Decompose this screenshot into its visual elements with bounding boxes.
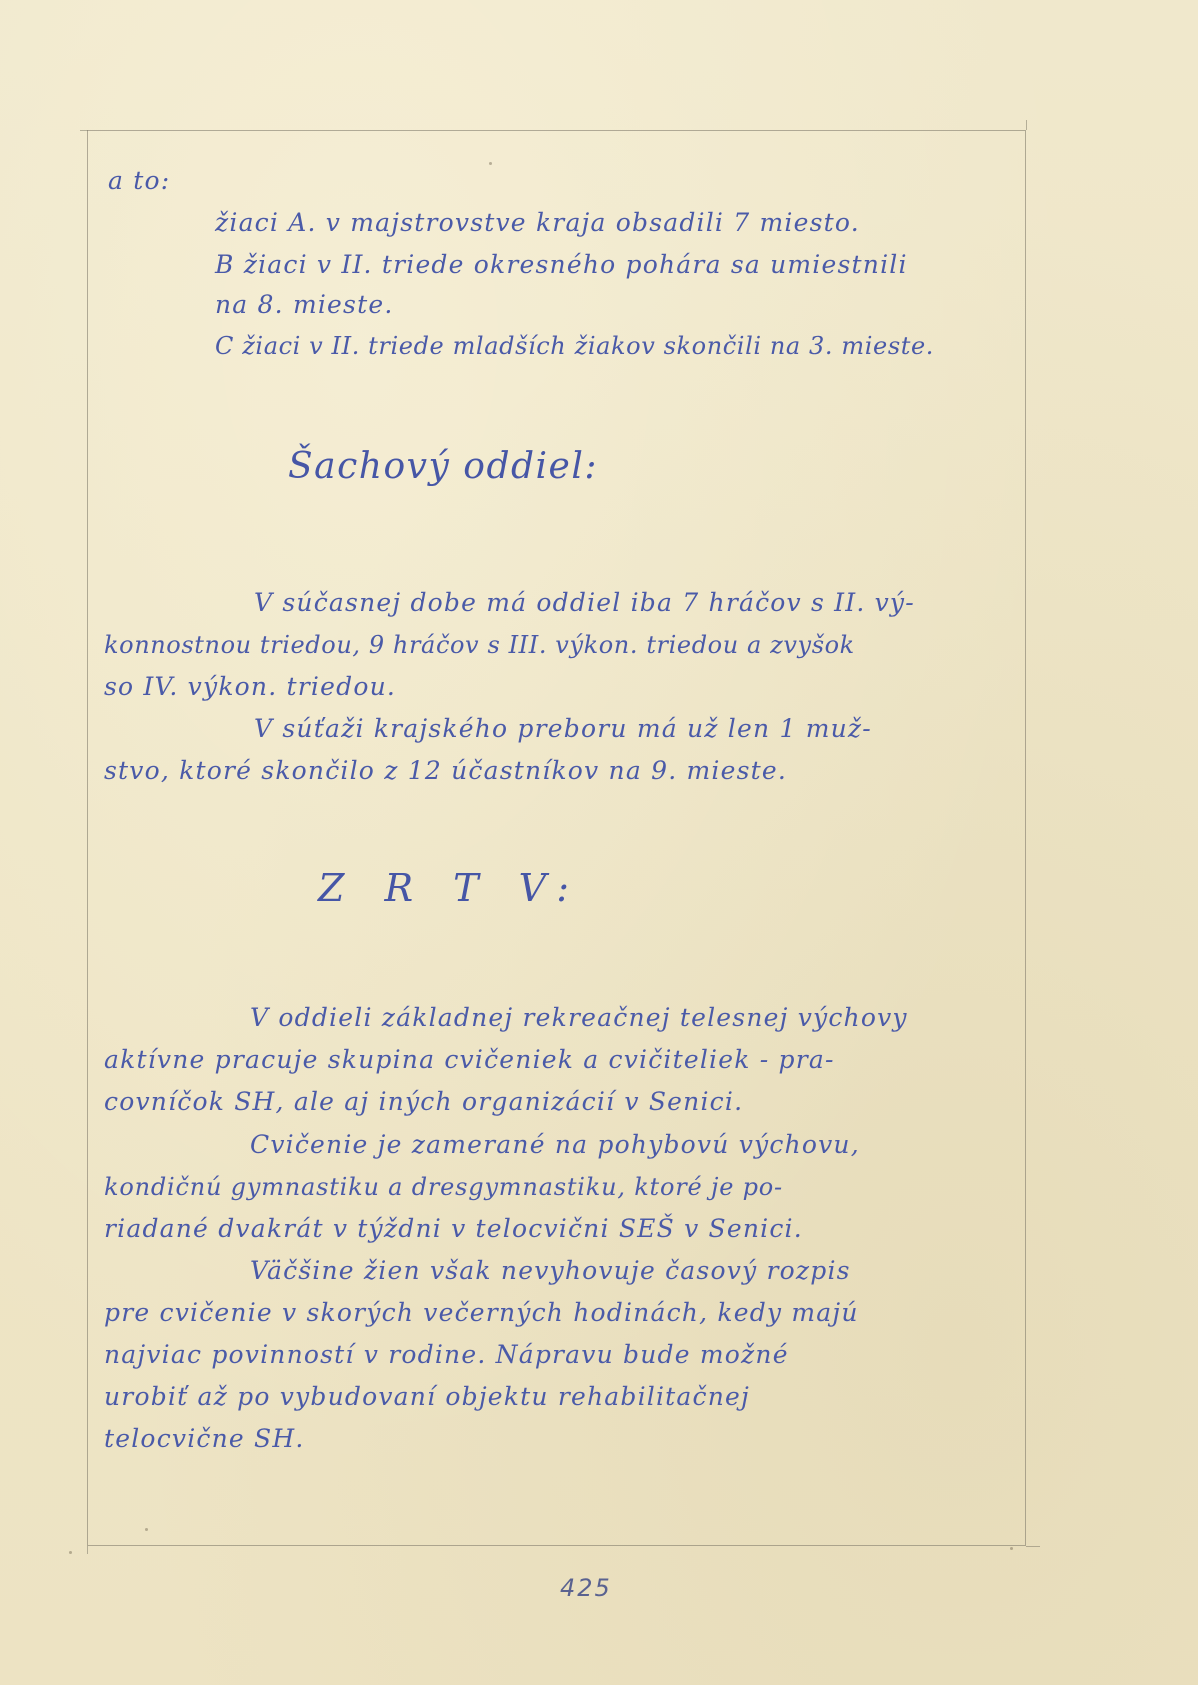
paragraph-line: Cvičenie je zamerané na pohybovú výchovu… <box>250 1130 860 1160</box>
frame-corner-mark <box>1026 120 1027 130</box>
intro-item: na 8. mieste. <box>215 290 393 320</box>
page-number: 425 <box>560 1574 612 1602</box>
frame-corner-mark <box>80 130 88 131</box>
paper-speck <box>1010 1547 1013 1550</box>
paragraph-line: pre cvičenie v skorých večerných hodinác… <box>104 1298 859 1328</box>
frame-corner-mark <box>87 1546 88 1554</box>
paragraph-line: so IV. výkon. triedou. <box>104 672 396 702</box>
paragraph-line: telocvične SH. <box>104 1424 305 1454</box>
paragraph-line: stvo, ktoré skončilo z 12 účastníkov na … <box>104 756 787 786</box>
paragraph-line: konnostnou triedou, 9 hráčov s III. výko… <box>104 630 855 660</box>
paragraph-line: V oddieli základnej rekreačnej telesnej … <box>250 1003 908 1033</box>
paragraph-line: najviac povinností v rodine. Nápravu bud… <box>104 1340 789 1370</box>
paper-speck <box>145 1528 148 1531</box>
paper-speck <box>69 1551 72 1554</box>
intro-item: žiaci A. v majstrovstve kraja obsadili 7… <box>215 208 860 238</box>
paragraph-line: urobiť až po vybudovaní objektu rehabili… <box>104 1382 750 1412</box>
paragraph-line: V súťaži krajského preboru má už len 1 m… <box>254 714 872 744</box>
intro-item: B žiaci v II. triede okresného pohára sa… <box>215 250 908 280</box>
paragraph-line: kondičnú gymnastiku a dresgymnastiku, kt… <box>104 1172 783 1202</box>
paper-speck <box>489 162 492 165</box>
frame-corner-mark <box>1026 1546 1040 1547</box>
chess-section-heading: Šachový oddiel: <box>288 446 598 487</box>
zrtv-section-heading: Z R T V: <box>318 866 583 910</box>
paragraph-line: Väčšine žien však nevyhovuje časový rozp… <box>250 1256 851 1286</box>
paragraph-line: covníčok SH, ale aj iných organizácií v … <box>104 1087 743 1117</box>
intro-item: C žiaci v II. triede mladších žiakov sko… <box>215 331 934 361</box>
paragraph-line: aktívne pracuje skupina cvičeniek a cvič… <box>104 1045 835 1075</box>
intro-lead: a to: <box>108 166 170 196</box>
paragraph-line: riadané dvakrát v týždni v telocvični SE… <box>104 1214 803 1244</box>
paragraph-line: V súčasnej dobe má oddiel iba 7 hráčov s… <box>254 588 915 618</box>
